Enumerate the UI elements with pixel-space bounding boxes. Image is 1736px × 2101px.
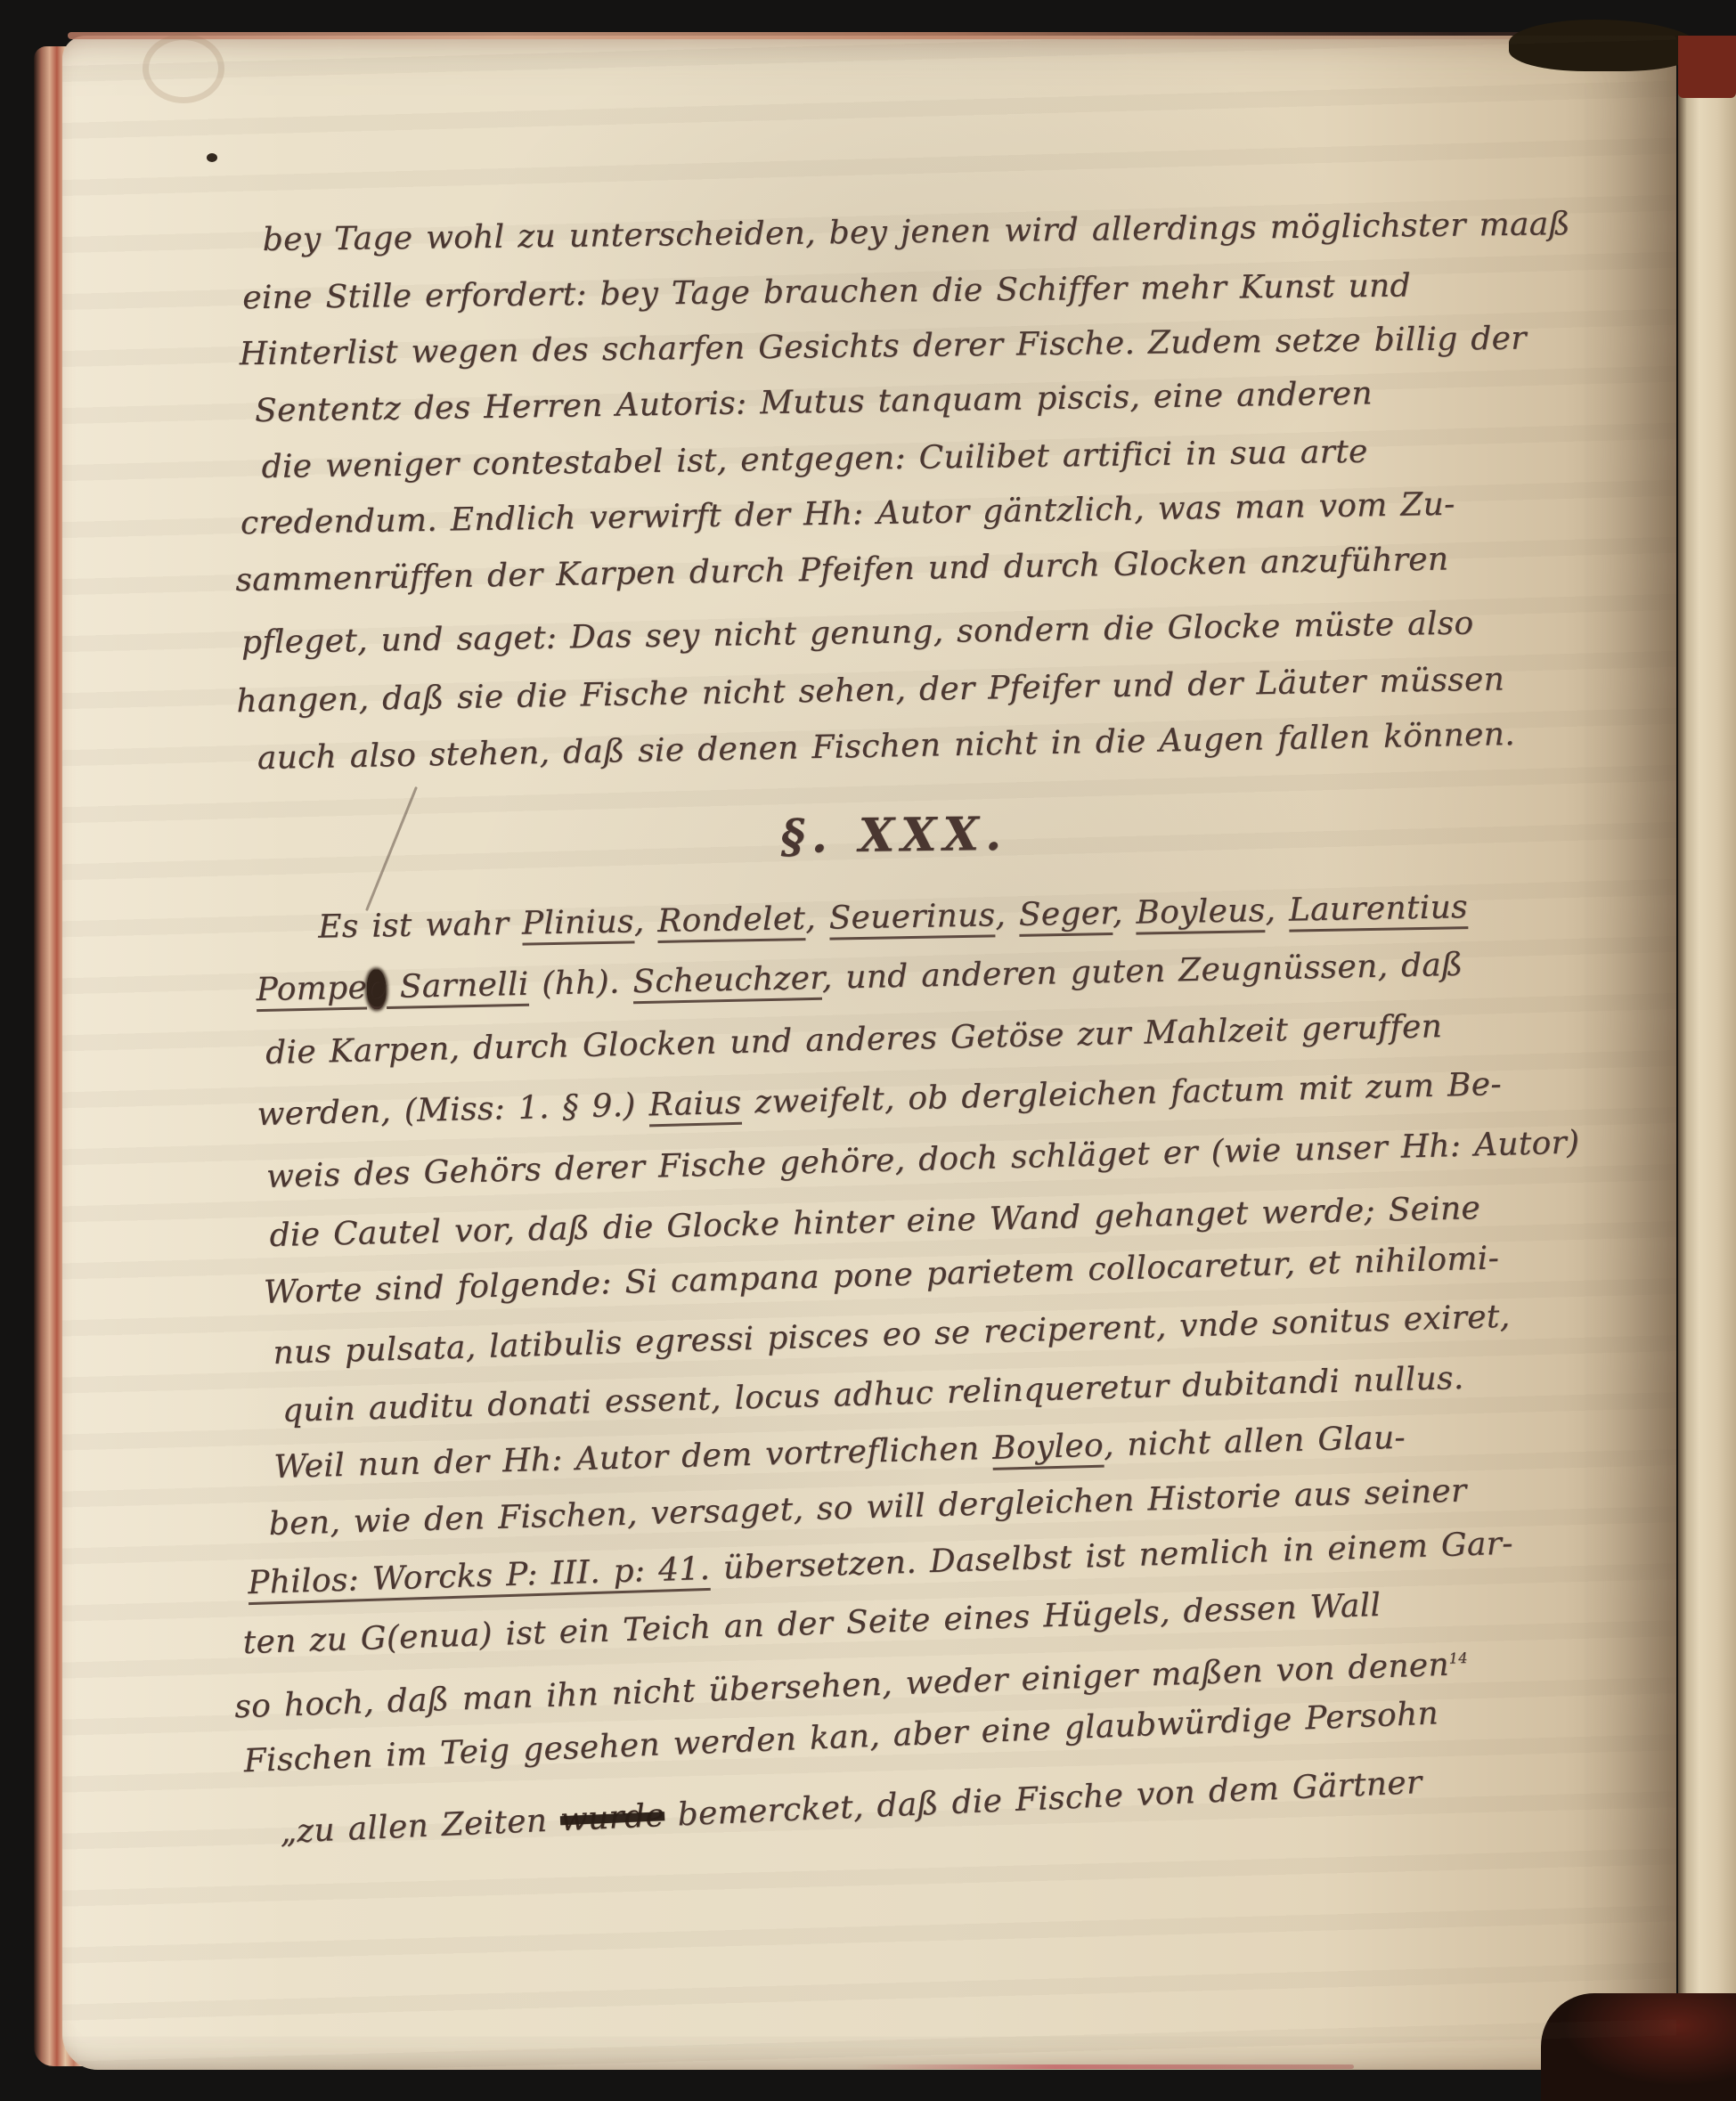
script-layer: bey Tage wohl zu unterscheiden, bey jene… bbox=[0, 0, 1736, 2101]
script-text: Boyleus bbox=[1136, 892, 1266, 935]
script-text: zweifelt, ob dergleichen factum mit zum … bbox=[741, 1066, 1502, 1121]
script-text: , bbox=[995, 897, 1019, 933]
script-text: , bbox=[1265, 892, 1289, 929]
manuscript-line: die Karpen, durch Glocken und anderes Ge… bbox=[265, 1004, 1443, 1077]
section-heading: §. XXX. bbox=[780, 811, 1007, 860]
manuscript-line: eine Stille erfordert: bey Tage brauchen… bbox=[242, 263, 1411, 322]
script-text: §. XXX. bbox=[780, 807, 1007, 864]
script-text: Raius bbox=[648, 1085, 742, 1128]
script-text: , nicht allen Glau- bbox=[1103, 1420, 1406, 1464]
script-text: werden, (Miss: 1. § 9.) bbox=[257, 1087, 649, 1133]
manuscript-line: bey Tage wohl zu unterscheiden, bey jene… bbox=[262, 201, 1570, 264]
script-text: Rondelet bbox=[657, 900, 806, 943]
script-text: Boyleo bbox=[992, 1428, 1104, 1470]
script-text: credendum. Endlich verwirft der Hh: Auto… bbox=[240, 486, 1455, 542]
script-text: übersetzen. Daselbst ist nemlich in eine… bbox=[710, 1526, 1514, 1587]
manuscript-line: Pompeo Sarnelli (hh). Scheuchzer, und an… bbox=[256, 942, 1463, 1014]
manuscript-line: Es ist wahr Plinius, Rondelet, Seuerinus… bbox=[318, 884, 1469, 951]
script-text: bemercket, daß die Fische von dem Gärtne… bbox=[664, 1764, 1422, 1834]
script-text: Seuerinus bbox=[828, 897, 995, 940]
script-text: pfleget, und saget: Das sey nicht genung… bbox=[241, 605, 1474, 661]
script-text: , und anderen guten Zeugnüssen, daß bbox=[821, 947, 1463, 997]
script-text: Seger bbox=[1018, 895, 1113, 937]
script-text: die Karpen, durch Glocken und anderes Ge… bbox=[265, 1008, 1443, 1071]
script-text: , bbox=[1113, 895, 1137, 932]
script-text: Plinius bbox=[522, 903, 634, 945]
script-text: Sarnelli bbox=[387, 966, 529, 1009]
manuscript-line: sammenrüffen der Karpen durch Pfeifen un… bbox=[235, 536, 1449, 604]
script-text: die weniger contestabel ist, entgegen: C… bbox=[261, 434, 1368, 485]
manuscript-line: die weniger contestabel ist, entgegen: C… bbox=[261, 429, 1368, 491]
script-text: , bbox=[805, 900, 829, 937]
crossed-out-word: wurde bbox=[559, 1797, 665, 1838]
script-text: Hinterlist wegen des scharfen Gesichts d… bbox=[239, 321, 1527, 373]
manuscript-photo: bey Tage wohl zu unterscheiden, bey jene… bbox=[0, 0, 1736, 2101]
manuscript-line: Sententz des Herren Autoris: Mutus tanqu… bbox=[255, 371, 1373, 435]
script-text: hangen, daß sie die Fische nicht sehen, … bbox=[236, 661, 1504, 720]
manuscript-line: pfleget, und saget: Das sey nicht genung… bbox=[241, 600, 1474, 666]
script-text: (hh). bbox=[528, 964, 633, 1002]
script-text: Philos: Worcks P: III. p: 41. bbox=[248, 1551, 711, 1605]
manuscript-line: auch also stehen, daß sie denen Fischen … bbox=[257, 712, 1515, 782]
manuscript-line: Hinterlist wegen des scharfen Gesichts d… bbox=[239, 316, 1527, 379]
script-text: Pompe bbox=[256, 970, 367, 1013]
script-text: Es ist wahr bbox=[318, 906, 522, 946]
script-text: Laurentius bbox=[1289, 889, 1469, 932]
script-text: weis des Gehörs derer Fische gehöre, doc… bbox=[266, 1124, 1580, 1195]
script-text: eine Stille erfordert: bey Tage brauchen… bbox=[242, 267, 1411, 316]
script-text: bey Tage wohl zu unterscheiden, bey jene… bbox=[263, 206, 1571, 258]
script-text: Sententz des Herren Autoris: Mutus tanqu… bbox=[255, 375, 1373, 429]
script-text: Scheuchzer bbox=[632, 960, 822, 1004]
manuscript-line: credendum. Endlich verwirft der Hh: Auto… bbox=[240, 482, 1455, 547]
script-text: auch also stehen, daß sie denen Fischen … bbox=[257, 716, 1515, 777]
script-text: sammenrüffen der Karpen durch Pfeifen un… bbox=[235, 541, 1449, 599]
script-text: , bbox=[633, 903, 657, 940]
script-text: 14 bbox=[1448, 1649, 1468, 1667]
script-text: Weil nun der Hh: Autor dem vortreflichen bbox=[273, 1430, 993, 1486]
script-text: „zu allen Zeiten bbox=[279, 1802, 561, 1851]
ink-blot-correction: o bbox=[367, 969, 387, 1009]
